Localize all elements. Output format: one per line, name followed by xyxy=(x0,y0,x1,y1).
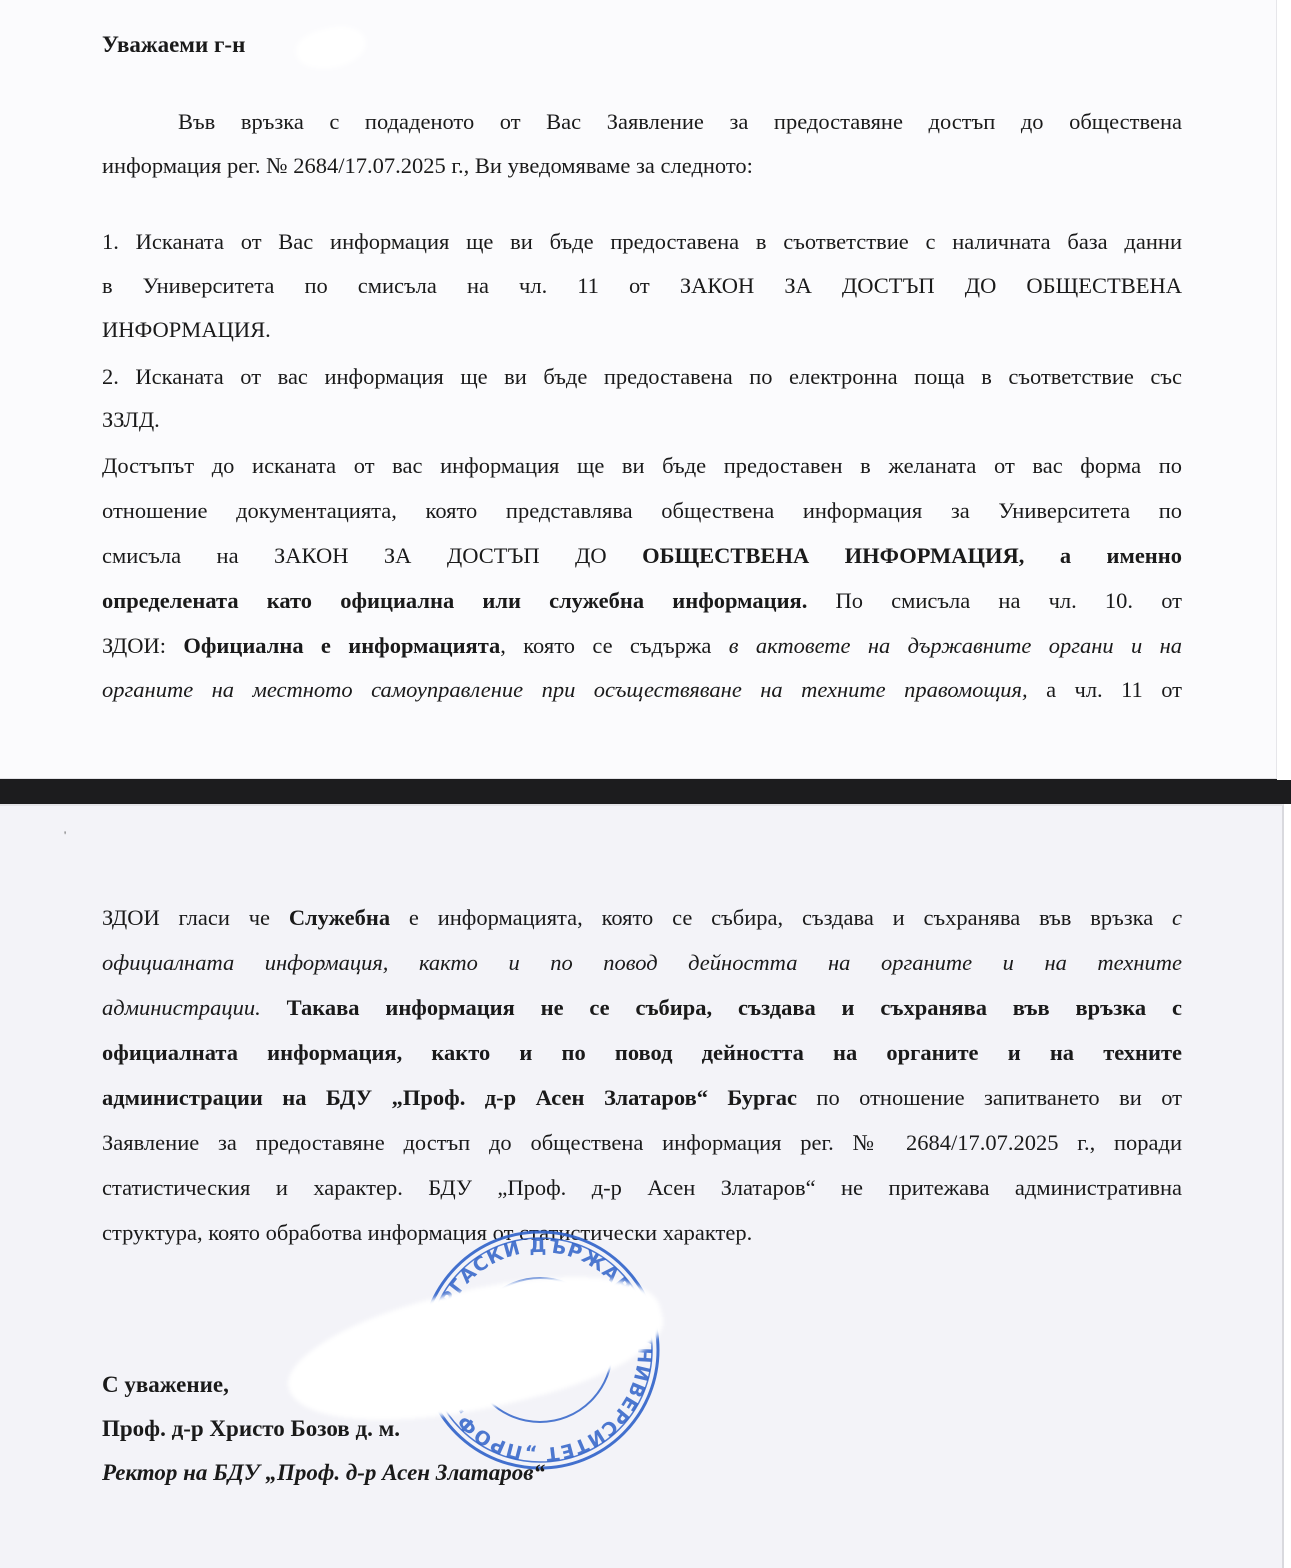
p2-line-6: Заявление за предоставяне достъп до обще… xyxy=(102,1128,1182,1158)
text-normal: , която се съдържа xyxy=(500,633,728,658)
text-normal: По смисъла на чл. 10. от xyxy=(807,588,1182,613)
page-edge xyxy=(1277,0,1291,780)
text-bold: Такава информация не се събира, създава … xyxy=(261,995,1182,1020)
access-line-2: отношение документацията, която представ… xyxy=(102,496,1182,526)
scan-mark: ' xyxy=(64,828,66,843)
document-page-1: Уважаеми г-н Във връзка с подаденото от … xyxy=(0,0,1277,779)
closing-text: С уважение, xyxy=(102,1370,1182,1400)
item1-line-2: в Университета по смисъла на чл. 11 от З… xyxy=(102,271,1182,301)
text-bold: Служебна xyxy=(289,905,390,930)
p2-line-3: администрации. Такава информация не се с… xyxy=(102,993,1182,1023)
text-normal: а чл. 11 от xyxy=(1028,677,1182,702)
item2-line-1: 2. Исканата от вас информация ще ви бъде… xyxy=(102,362,1182,392)
text-normal: по отношение запитването ви от xyxy=(797,1085,1182,1110)
access-line-3: смисъла на ЗАКОН ЗА ДОСТЪП ДО ОБЩЕСТВЕНА… xyxy=(102,541,1182,571)
item1-line-3: ИНФОРМАЦИЯ. xyxy=(102,315,1182,345)
text-normal: е информацията, която се събира, създава… xyxy=(390,905,1172,930)
item2-line-2: ЗЗЛД. xyxy=(102,405,1182,435)
intro-line-1: Във връзка с подаденото от Вас Заявление… xyxy=(178,107,1182,137)
text-normal: ЗДОИ: xyxy=(102,633,183,658)
text-bold: Официална е информацията xyxy=(183,633,500,658)
text-normal: ЗДОИ гласи че xyxy=(102,905,289,930)
text-bold: администрации на БДУ „Проф. д-р Асен Зла… xyxy=(102,1085,797,1110)
p2-line-4: официалната информация, както и по повод… xyxy=(102,1038,1182,1068)
text-italic: органите на местното самоуправление при … xyxy=(102,677,1028,702)
p2-line-5: администрации на БДУ „Проф. д-р Асен Зла… xyxy=(102,1083,1182,1113)
access-line-4: определената като официална или служебна… xyxy=(102,586,1182,616)
text-bold: определената като официална или служебна… xyxy=(102,588,807,613)
signatory-name: Проф. д-р Христо Бозов д. м. xyxy=(102,1414,1182,1444)
salutation-text: Уважаеми г-н xyxy=(102,32,245,57)
item1-line-1: 1. Исканата от Вас информация ще ви бъде… xyxy=(102,227,1182,257)
p2-line-7: статистическия и характер. БДУ „Проф. д-… xyxy=(102,1173,1182,1203)
signatory-title: Ректор на БДУ „Проф. д-р Асен Златаров“ xyxy=(102,1458,1182,1488)
redaction-mark xyxy=(292,20,370,77)
p2-line-1: ЗДОИ гласи че Служебна е информацията, к… xyxy=(102,903,1182,933)
access-line-1: Достъпът до исканата от вас информация щ… xyxy=(102,451,1182,481)
access-line-6: органите на местното самоуправление при … xyxy=(102,675,1182,705)
salutation: Уважаеми г-н xyxy=(102,30,1182,60)
text-italic: с xyxy=(1172,905,1182,930)
p2-line-2: официалната информация, както и по повод… xyxy=(102,948,1182,978)
text-italic: в актовете на държавните органи и на xyxy=(729,633,1182,658)
intro-line-2: информация рег. № 2684/17.07.2025 г., Ви… xyxy=(102,151,1182,181)
text-italic: администрации. xyxy=(102,995,261,1020)
page-edge xyxy=(1284,804,1291,1568)
text-normal: смисъла на ЗАКОН ЗА ДОСТЪП ДО xyxy=(102,543,642,568)
page-divider xyxy=(0,782,1291,804)
text-bold: ОБЩЕСТВЕНА ИНФОРМАЦИЯ, а именно xyxy=(642,543,1182,568)
access-line-5: ЗДОИ: Официална е информацията, която се… xyxy=(102,631,1182,661)
